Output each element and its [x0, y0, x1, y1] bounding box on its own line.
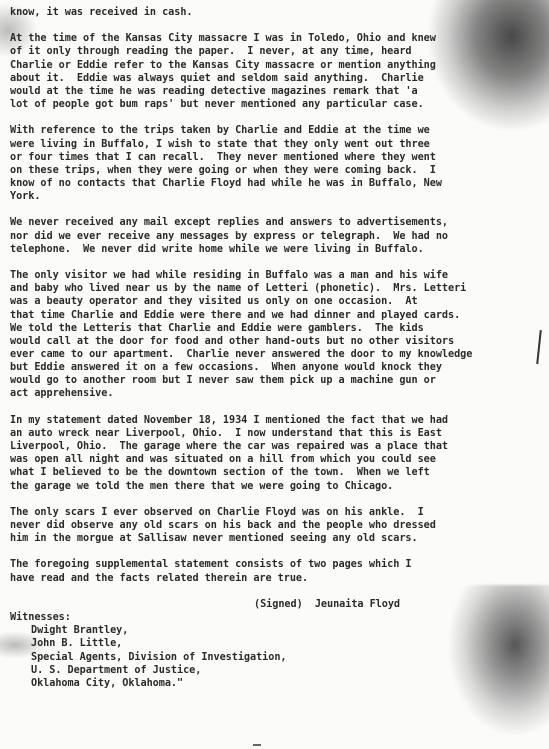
text-line: what I believed to be the downtown secti…: [10, 466, 530, 479]
document-page: know, it was received in cash.At the tim…: [0, 0, 549, 749]
text-line: an auto wreck near Liverpool, Ohio. I no…: [10, 427, 530, 440]
text-line: The only visitor we had while residing i…: [10, 269, 530, 282]
text-line: or four times that I can recall. They ne…: [10, 151, 530, 164]
text-line: Charlie or Eddie refer to the Kansas Cit…: [10, 59, 530, 72]
text-line: was a beauty operator and they visited u…: [10, 295, 530, 308]
text-line: The foregoing supplemental statement con…: [10, 558, 530, 571]
paragraph: At the time of the Kansas City massacre …: [10, 32, 530, 111]
witness-line: Oklahoma City, Oklahoma.": [10, 677, 530, 690]
signature-line: (Signed) Jeunaita Floyd: [10, 598, 530, 611]
text-line: ever came to our apartment. Charlie neve…: [10, 348, 530, 361]
paragraph: know, it was received in cash.: [10, 6, 530, 19]
signature-block: (Signed) Jeunaita Floyd Witnesses: Dwigh…: [10, 598, 530, 690]
text-line: telephone. We never did write home while…: [10, 243, 530, 256]
text-line: about it. Eddie was always quiet and sel…: [10, 72, 530, 85]
text-line: that time Charlie and Eddie were there a…: [10, 309, 530, 322]
witness-line: U. S. Department of Justice,: [10, 664, 530, 677]
text-line: the garage we told the men there that we…: [10, 480, 530, 493]
text-line: nor did we ever receive any messages by …: [10, 230, 530, 243]
text-line: was open all night and was situated on a…: [10, 453, 530, 466]
typewritten-statement: know, it was received in cash.At the tim…: [10, 6, 530, 690]
text-line: have read and the facts related therein …: [10, 572, 530, 585]
paragraph: The foregoing supplemental statement con…: [10, 558, 530, 584]
text-line: Liverpool, Ohio. The garage where the ca…: [10, 440, 530, 453]
text-line: York.: [10, 190, 530, 203]
text-line: know of no contacts that Charlie Floyd h…: [10, 177, 530, 190]
paragraph: In my statement dated November 18, 1934 …: [10, 414, 530, 493]
text-line: on these trips, when they were going or …: [10, 164, 530, 177]
paragraph: With reference to the trips taken by Cha…: [10, 124, 530, 203]
text-line: At the time of the Kansas City massacre …: [10, 32, 530, 45]
text-line: would at the time he was reading detecti…: [10, 85, 530, 98]
text-line: The only scars I ever observed on Charli…: [10, 506, 530, 519]
text-line: would go to another room but I never saw…: [10, 374, 530, 387]
text-line: never did observe any old scars on his b…: [10, 519, 530, 532]
text-line: were living in Buffalo, I wish to state …: [10, 138, 530, 151]
text-line: We never received any mail except replie…: [10, 216, 530, 229]
text-line: of it only through reading the paper. I …: [10, 45, 530, 58]
text-line: lot of people got bum raps' but never me…: [10, 98, 530, 111]
witnesses-label: Witnesses:: [10, 611, 530, 624]
paragraph: The only visitor we had while residing i…: [10, 269, 530, 401]
witness-line: John B. Little,: [10, 637, 530, 650]
margin-bracket-mark: [536, 330, 541, 364]
text-line: We told the Letteris that Charlie and Ed…: [10, 322, 530, 335]
statement-body: know, it was received in cash.At the tim…: [10, 6, 530, 585]
page-footer-mark: [253, 744, 261, 746]
text-line: know, it was received in cash.: [10, 6, 530, 19]
text-line: In my statement dated November 18, 1934 …: [10, 414, 530, 427]
paragraph: The only scars I ever observed on Charli…: [10, 506, 530, 545]
witness-line: Special Agents, Division of Investigatio…: [10, 651, 530, 664]
text-line: With reference to the trips taken by Cha…: [10, 124, 530, 137]
text-line: and baby who lived near us by the name o…: [10, 282, 530, 295]
text-line: act apprehensive.: [10, 387, 530, 400]
witness-line: Dwight Brantley,: [10, 624, 530, 637]
text-line: him in the morgue at Sallisaw never ment…: [10, 532, 530, 545]
text-line: would call at the door for food and othe…: [10, 335, 530, 348]
text-line: but Eddie answered it on a few occasions…: [10, 361, 530, 374]
paragraph: We never received any mail except replie…: [10, 216, 530, 255]
